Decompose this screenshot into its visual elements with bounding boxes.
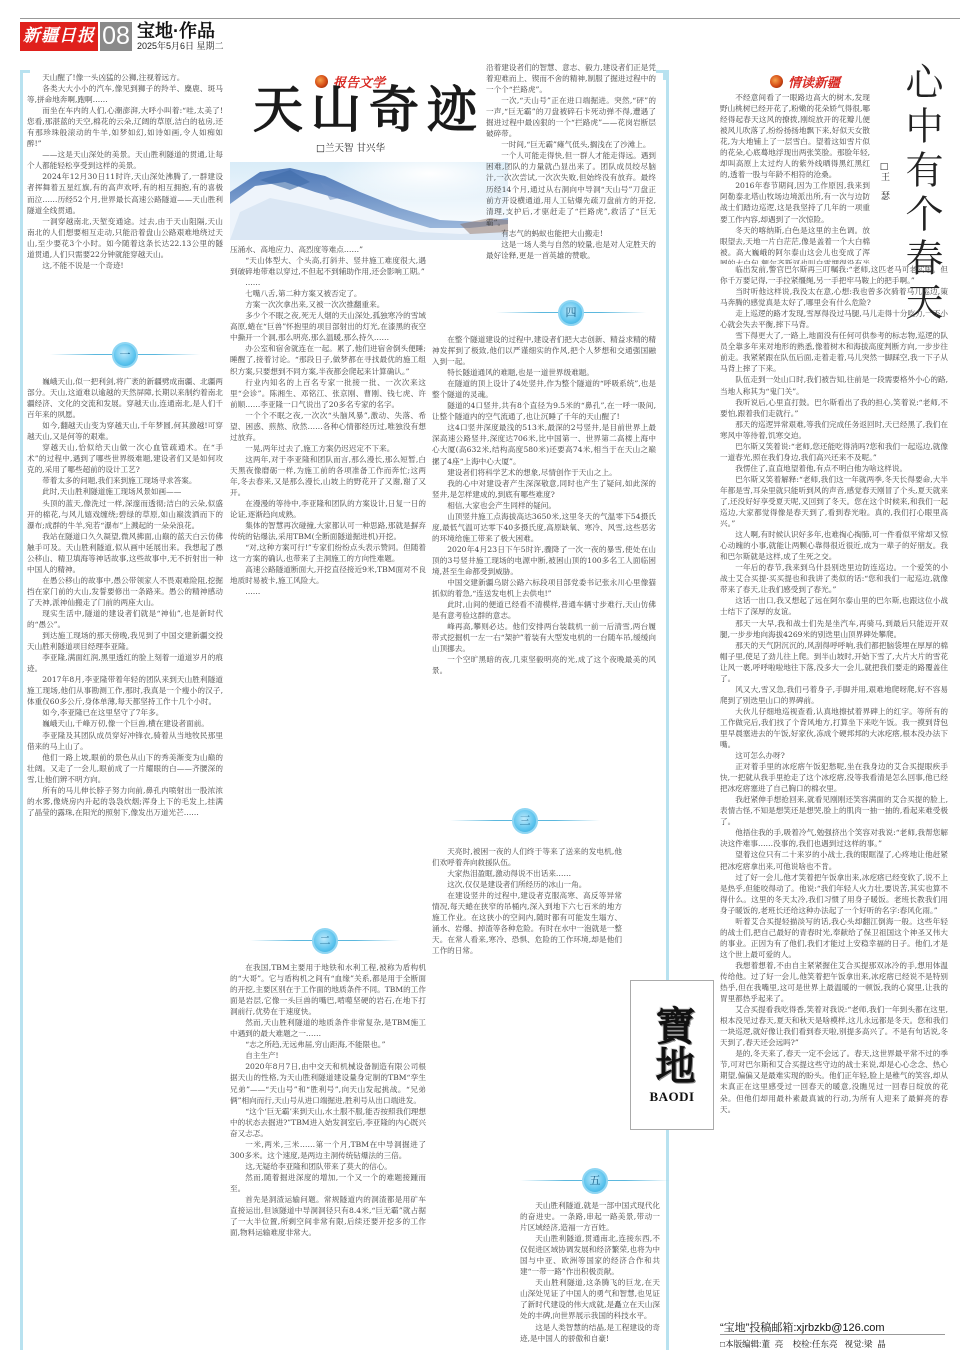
paragraph: 他们一路上坡,眼前的景色从山下的秀美渐变为山巅的壮阔。又走了一会儿,眼前成了一片… [27,752,223,785]
paragraph: 此时,山间的便道已经看不清模样,普通车辆寸步难行,天山仿佛是有意考验这群的意志。 [432,599,656,621]
baodi-latin-label: BAODI [649,1089,694,1105]
paragraph: 山顶竖井施工点海拔高达3650米,这里冬天的气温零下54摄氏度,最低气温可达零下… [432,511,656,544]
paragraph: 压涌水、高地应力、高烈度等难点……” [230,244,426,255]
paragraph: 带着太多的问题,我们来到施工现场寻求答案。 [27,475,223,486]
paragraph: 这两年,对于李亚隆和团队而言,那么漫长,那么短暂,白天黑夜像磨砺一样,为施工前的… [230,454,426,498]
main-col1-intro: 天山醒了!像一头凶猛的公狮,注视着远方。 各类大大小小的汽车,像见到狮子的羚羊、… [27,72,223,334]
middle-bracket [656,70,666,80]
paragraph: 天山胜利隧道,这条腾飞的巨龙,在天山深处见证了中国人的勇气和智慧,也见证了新时代… [520,1277,660,1321]
paragraph: 在建设竖井的过程中,建设者克服高寒、高反等异常情况,每天蜷在狭窄的吊桶内,深入到… [432,890,622,956]
paragraph: “志之所趋,无远弗届,穷山距海,不能限也。” [230,1039,426,1050]
right-kicker: 情读新疆 [770,72,840,91]
paragraph: 一洞穿越南北,天堑变通途。过去,由于天山阻隔,天山南北的人们想要相互走动,只能沿… [27,216,223,260]
paragraph: 头顶的蓝天,像洗过一样,深邃而透彻;洁白的云朵,似盛开的棉花,与风儿嬉戏缠绕;碧… [27,498,223,531]
paragraph: 天山醒了!像一头凶猛的公狮,注视着远方。 [27,72,223,83]
paragraph: 这话一出口,我又想起了远在阿尔泰山里的巴尔斯,也跟这位小战士结下了深厚的友谊。 [720,595,948,617]
paragraph: …… [230,277,426,288]
paragraph: 望着这位只有二十来岁的小战士,我的眼眶湿了,心疼地让他赶紧把冰疙瘩拿出来,可他说… [720,849,948,871]
paragraph: 一晃,两年过去了,施工方案仍迟迟定不下来。 [230,443,426,454]
section-marker-2: 二 [250,928,400,954]
paragraph: 如今,翻越天山变为穿越天山,千年梦圆,何其激越!可穿越天山,又是何等的艰难。 [27,420,223,442]
submission-email: “宝地”投稿邮箱:xjrbzkb@126.com [720,1319,885,1335]
paragraph: 2020年4月23日下午5时许,骤降了一次一夜的暴雪,使处在山顶的3号竖井施工现… [432,544,656,577]
paragraph: 此时,天山胜利隧道施工现场风景如画—— [27,486,223,497]
paragraph: 不经意间看了一眼路边高大的树木,发现野山桃树已经开花了,粉嫩的花朵娇气得很,哪经… [720,92,870,180]
paragraph: 一年后的春节,我来到乌什县别迭里边防连巡边。一个爱笑的小战士艾合买提·买买提也和… [720,562,948,595]
paragraph: 有志气的蚂蚁也能把大山搬走! [486,228,656,239]
main-col2-top: 压涌水、高地应力、高烈度等难点……” “天山体型大、个头高,打斜井、竖井施工难度… [230,244,426,924]
paragraph: 首先是洞渣运输问题。常规隧道内的洞渣都是用矿车直接运出,但该隧道中导洞洞径只有8… [230,1194,426,1238]
paragraph: 正对着手里的冰疙瘩午饭犯愁呢,坐在我身边的艾合买提眼疾手快,一把就从我手里抢走了… [720,761,948,794]
paragraph: 一次,“天山号”正在进口端掘进。突然,“砰”的一声,“巨无霸”的刀盘被碎石卡死动… [486,95,656,139]
right-col-top: 不经意间看了一眼路边高大的树木,发现野山桃树已经开花了,粉嫩的花朵娇气得很,哪经… [720,92,870,264]
paragraph: 一时间,“巨无霸”瘫气低头,搁浅在了沙滩上。 [486,139,656,150]
paragraph: “这个‘巨无霸’来到天山,水土服不服,能否按照我们理想中的状态去掘进?”TBM进… [230,1106,426,1139]
paragraph: 巍峨天山,似一把利剑,将广袤的新疆劈成南疆、北疆两部分。天山,这道难以逾越的天然… [27,376,223,420]
paragraph: 我想着想着,不由自主紧紧握住艾合买提那双冰冷的手,想用体温传给他。过了好一会儿,… [720,960,948,1004]
paragraph: 队伍走到一处山口时,我们被告知,往前是一段需要格外小心的路,当地人称其为“鬼门关… [720,374,948,396]
paragraph: 那天的巡逻异常艰难,等我们完成任务返回时,天已经黑了,我们在寒风中等待着,饥寒交… [720,419,948,441]
paragraph: 我的心中对建设者产生深深敬意,同时也产生了疑问,如此深的竖井,是怎样建成的,到底… [432,478,656,500]
paragraph: 2024年12月30日11时许,天山深处沸腾了,一群建设者挥舞着五星红旗,有的高… [27,171,223,215]
paragraph: 特长隧道通风的难题,也是一道世界级难题。 [432,367,656,378]
paragraph: 然而,随着掘进深度的增加,一个又一个的难题接踵而至。 [230,1172,426,1194]
section-marker-5: 五 [520,1168,670,1194]
paragraph: 穿越天山,恰似给天山做一次心血管疏通术。在“手术”的过程中,遇到了哪些世界级难题… [27,442,223,475]
paragraph: 中国交建新疆乌尉公路六标段项目部党委书记张永川心里像猫抓似的着急,“连送发电机上… [432,577,656,599]
paragraph: 方案一次次拿出来,又被一次次推翻重来。 [230,299,426,310]
issue-date: 2025年5月6日 星期二 [137,41,224,52]
paragraph: “对,这种方案可行!”专家们纷纷点头表示赞同。但随着这一方案的确认,也带来了主洞… [230,542,426,564]
section-marker-4: 四 [496,300,646,326]
paragraph: 在愚公移山的故事中,愚公带领家人不畏艰难险阻,挖掘挡在家门前的大山,发誓要修出一… [27,575,223,608]
paragraph: 现实生活中,隧道的建设者们就是“神仙”,也是新时代的“愚公”。 [27,608,223,630]
paragraph: 我站在隧道口久久凝望,微风拂面,山巅的蓝天白云仿佛触手可及。天山胜利隧道,似从画… [27,531,223,575]
paragraph: 在我国,TBM主要用于地铁和水利工程,被称为盾构机的“大哥”。它与盾构机之间有“… [230,962,426,1017]
main-col3-section5: 天山胜利隧道,就是一部中国式现代化的奋进史。一条路,串起一路美景,带动一片区域经… [520,1200,660,1352]
paragraph: 大伙儿仔细地巡视查看,认真地擦拭着界碑上的红字。等所有的工作做完后,我们找了个背… [720,706,948,750]
paragraph: 李亚隆,满面红润,黑里透红的脸上刻着一道道岁月的痕迹。 [27,652,223,674]
paragraph: 雪下得更大了,一路上,地面没有任何可供参考的标志物,巡逻的队员全靠多年来对地形的… [720,330,948,374]
paragraph: 当时听他这样说,我没太在意,心想:我也曾多次骑着马儿巡边,策马奔腾的感觉真是太好… [720,286,948,308]
top-rule [20,18,960,19]
paragraph: 一个空旷黑暗的夜,几束坚毅明亮的光,成了这个夜晚最美的风景。 [432,654,656,676]
mountain-illustration-icon [230,162,508,240]
paragraph: 天亮时,被困一夜的人们终于等来了送来的发电机,他们欢呼着奔向救援队伍。 [432,846,622,868]
paragraph: 我赶紧伸手想抢回来,就看见刚刚还笑容满面的艾合买提的脸上,表情古怪,不知是想笑还… [720,794,948,827]
main-col3-top: 沿着建设者们的智慧、意志、毅力,建设者们正是凭着迎难而上、锲而不舍的精神,制服了… [486,62,656,298]
masthead: 新疆日报 08 宝地·作品 2025年5月6日 星期二 [20,22,224,52]
paragraph: 是的,冬天来了,春天一定不会远了。春天,这世界最平常不过的季节,可对巴尔斯和艾合… [720,1048,948,1114]
editor-credits: □本版编辑:董 亮 校检:任东亮 视觉:梁 晶 [720,1338,886,1350]
right-col-main: 临出发前,警官巴尔斯再三叮嘱我:“老师,这匹老马可老实啦。但你千万要记得,一手拉… [720,264,948,1314]
paragraph: 巴尔斯又笑着说:“老师,您还能吃得消吗?您和我们一起巡边,就像一道春光,照在我们… [720,441,948,463]
paragraph: 这,无疑给李亚隆和团队带来了莫大的信心。 [230,1161,426,1172]
paragraph: 多少个不眠之夜,死无人烟的天山深处,孤独寒冷的雪域高原,蜷在“巨兽”怀抱里的项目… [230,310,426,343]
paragraph: 冬天的喀纳斯,白色是这里的主色调。放眼望去,天地一片白茫茫,像是盖着一个大白棉被… [720,225,870,264]
paragraph: ——这是天山深处的美景。天山胜利隧道的贯通,让每个人都能轻松享受到这样的美景。 [27,149,223,171]
paragraph: 如今,李亚隆已在这里坚守了7年多。 [27,707,223,718]
paragraph: 他捂住我的手,吸着冷气,勉强挤出个笑容对我说:“老师,我帮您解决这件难事……没事… [720,827,948,849]
baodi-logo-box: 寶地 BAODI [630,980,714,1130]
paragraph: 隧道的4口竖井,共有8个直径为9.5米的“鼻孔”,在一呼一吸间,让整个隧道内的空… [432,400,656,422]
paragraph: 一米,两米,三米……第一个月,TBM在中导洞掘进了300多米。这个速度,是两边主… [230,1139,426,1161]
paragraph: 集体的智慧再次碰撞,大家都认可一种思路,那就是摒弃传统的钻爆法,采用TBM(全断… [230,520,426,542]
paragraph: 巍峨天山,千峰万仞,像一个巨兽,横在建设者面前。 [27,718,223,729]
main-col1-section1: 巍峨天山,似一把利剑,将广袤的新疆劈成南疆、北疆两部分。天山,这道难以逾越的天然… [27,376,223,1354]
middle-blue-bar [666,70,669,1350]
page-number: 08 [100,22,132,51]
paragraph: 听着艾合买提轻描淡写的话,我心头却翻江倒海一般。这些年轻的战士们,把自己最好的青… [720,916,948,960]
paragraph: 2020年8月7日,由中交天和机械设备制造有限公司根据天山的性格,为天山胜利隧道… [230,1061,426,1105]
main-col3-continued: 天亮时,被困一夜的人们终于等来了送来的发电机,他们欢呼着奔向救援队伍。 大家热泪… [432,846,622,1174]
paragraph: 自主生产! [230,1050,426,1061]
paragraph: 沿着建设者们的智慧、意志、毅力,建设者们正是凭着迎难而上、锲而不舍的精神,制服了… [486,62,656,95]
paragraph: 相信,大家也会产生同样的疑问。 [432,500,656,511]
paragraph: 那天一大早,我和战士们先是坐汽车,再骑马,到最后只能迈开双腿,一步步地向海拔42… [720,618,948,640]
main-col3-section4: 在整个隧道建设的过程中,建设者们把大志创新、精益求精的精神发挥到了极致,他们以严… [432,334,656,804]
paragraph: 而坐在车内的人们,心潮澎湃,大呼小叫着:“哇,太美了!您看,那湛蓝的天空,棉花的… [27,105,223,149]
paragraph: 李亚隆及其团队成员穿好冲锋衣,骑着从当地牧民那里借来的马上山了。 [27,730,223,752]
section-name: 宝地·作品 [137,22,224,41]
paragraph: 那天的天气阴沉沉的,风刮得呼呼响,我们都把脑袋埋在厚厚的棉帽子里,使足了劲儿往上… [720,640,948,684]
paragraph: “天山体型大、个头高,打斜井、竖井施工难度很大,遇到破碎地带难以穿过,不但起不到… [230,255,426,277]
main-col2-section2: 在我国,TBM主要用于地铁和水利工程,被称为盾构机的“大哥”。它与盾构机之间有“… [230,962,426,1354]
paragraph: 建设者们将科学艺术的想象,尽情创作于天山之上。 [432,467,656,478]
paragraph: 行业内知名的上百名专家一批接一批、一次次来这里“会诊”。陈湘生、邓铭江、张京刚、… [230,377,426,410]
paragraph: 我愣住了,直直地望着他,有点不明白他为啥这样说。 [720,463,948,474]
snow-mountain-image [230,162,508,240]
paragraph: 然而,天山胜利隧道的地质条件非常复杂,是TBM施工中遇到的最大难题之一…… [230,1017,426,1039]
left-blue-bar [20,70,23,1350]
paragraph: 一个人可能走得快,但一群人才能走得远。遇到困难,团队的力量就凸显出来了。团队成员… [486,150,656,227]
main-byline: □兰天智 甘兴华 [316,140,385,154]
paragraph: 艾合买提看我吃得香,笑着对我说:“老师,我们一年到头都在这里,根本没见过春天,夏… [720,1004,948,1048]
paragraph: 这可怎么办呀? [720,750,948,761]
paragraph: 到达施工现场的那天傍晚,我见到了中国交建新疆交投天山胜利隧道项目经理李亚隆。 [27,630,223,652]
paragraph: …… [230,586,426,597]
section-marker-1: 一 [50,342,200,368]
paragraph: 临出发前,警官巴尔斯再三叮嘱我:“老师,这匹老马可老实啦。但你千万要记得,一手拉… [720,264,948,286]
main-title: 天山奇迹 [253,82,468,138]
paragraph: 在隧道的顶上设计了4处竖井,作为整个隧道的“呼吸系统”,也是整个隧道的灵魂。 [432,378,656,400]
paragraph: 在漫漫的等待中,李亚隆和团队的方案设计,日复一日的论证,逐渐趋向成熟。 [230,498,426,520]
paragraph: 天山胜利隧道,就是一部中国式现代化的奋进史。一条路,串起一路美景,带动一片区域经… [520,1200,660,1233]
newspaper-logo: 新疆日报 [20,22,98,51]
paragraph: 办公室和宿舍就连在一起。累了,他们进宿舍倒头便睡;睡醒了,接着讨论。“那段日子,… [230,343,426,376]
paragraph: 2016年春节期间,因为工作原因,我来到阿勒泰北塔山牧场边境派出所,有一次与边防… [720,180,870,224]
paragraph: 天山胜利隧道,贯通南北,连接东西,不仅促进区域协调发展和经济繁荣,也将为中国与中… [520,1233,660,1277]
paragraph: 这4口竖井深度最浅的513米,最深的2号竖井,是目前世界上最深高速公路竖井,深度… [432,422,656,466]
paragraph: 七嘴八舌,第二种方案又被否定了。 [230,288,426,299]
right-kicker-label: 情读新疆 [788,72,840,91]
paragraph: 这次,仅仅是建设者们所经历的冰山一角。 [432,879,622,890]
paragraph: 这是一场人类与自然的较量,也是对人定胜天的最好诠释,更是一首英雄的赞歌。 [486,239,656,261]
paragraph: 走上巡逻的路才发现,雪厚得没过马腿,马儿走得十分吃力,一不小心就会失去平衡,摔下… [720,308,948,330]
footer-rule [720,1334,945,1335]
paragraph: 风又大,雪又急,我们弓着身子,手脚并用,艰难地爬呀爬,好不容易爬到了别迭里山口的… [720,684,948,706]
right-article-author: □王 瑟 [878,162,890,200]
paragraph: 峰再高,攀则必达。他们安排两台装载机一前一后清雪,两台履带式挖掘机一左一右“架护… [432,621,656,654]
paragraph: 各类大大小小的汽车,像见到狮子的羚羊、麋鹿、斑马等,拼命地奔啊,跑啊…… [27,83,223,105]
baodi-calligraphy: 寶地 [650,1005,694,1085]
section-marker-3: 三 [450,808,600,834]
paragraph: 这是人类智慧的结晶,是工程建设的奇迹,是中国人的骄傲和自豪! [520,1322,660,1344]
paragraph: 我听说后,心里直打鼓。巴尔斯看出了我的担心,笑着说:“老师,不要怕,跟着我们走就… [720,397,948,419]
paragraph: 一个个不眠之夜,一次次“头脑风暴”,激动、失落、希望、困惑、煎熬、欣然……各种心… [230,410,426,443]
paragraph: 所有的马儿伸长脖子努力向前,鼻孔内喷射出一股浓浓的水雾,像烧房内升起的袅袅炊烟;… [27,785,223,818]
paragraph: 这,不能不说是一个奇迹! [27,260,223,271]
kicker-bullet-icon [770,75,783,88]
paragraph: 高速公路隧道断面大,开挖直径接近9米,TBM面对不良地质时易被卡,施工风险大。 [230,564,426,586]
paragraph: 大家热泪盈眶,激动得说不出话来…… [432,868,622,879]
paragraph: 这人啊,有时候认识好多年,也难掏心掏肺,可一件看似平常却又惊心动魄的小事,就能让… [720,529,948,562]
paragraph: 2017年8月,李亚隆带着年轻的团队来到天山胜利隧道施工现场,他们从事勘测工作,… [27,674,223,707]
paragraph: 过了好一会儿,他才笑着把午饭拿出来,冰疙瘩已经变软了,说不上是热乎,但能咬得动了… [720,872,948,916]
paragraph: 巴尔斯又笑着解释:“老师,我们这一年就两季,冬天长得要命,大半年都是雪,耳朵里就… [720,474,948,529]
paragraph: 在整个隧道建设的过程中,建设者们把大志创新、精益求精的精神发挥到了极致,他们以严… [432,334,656,367]
